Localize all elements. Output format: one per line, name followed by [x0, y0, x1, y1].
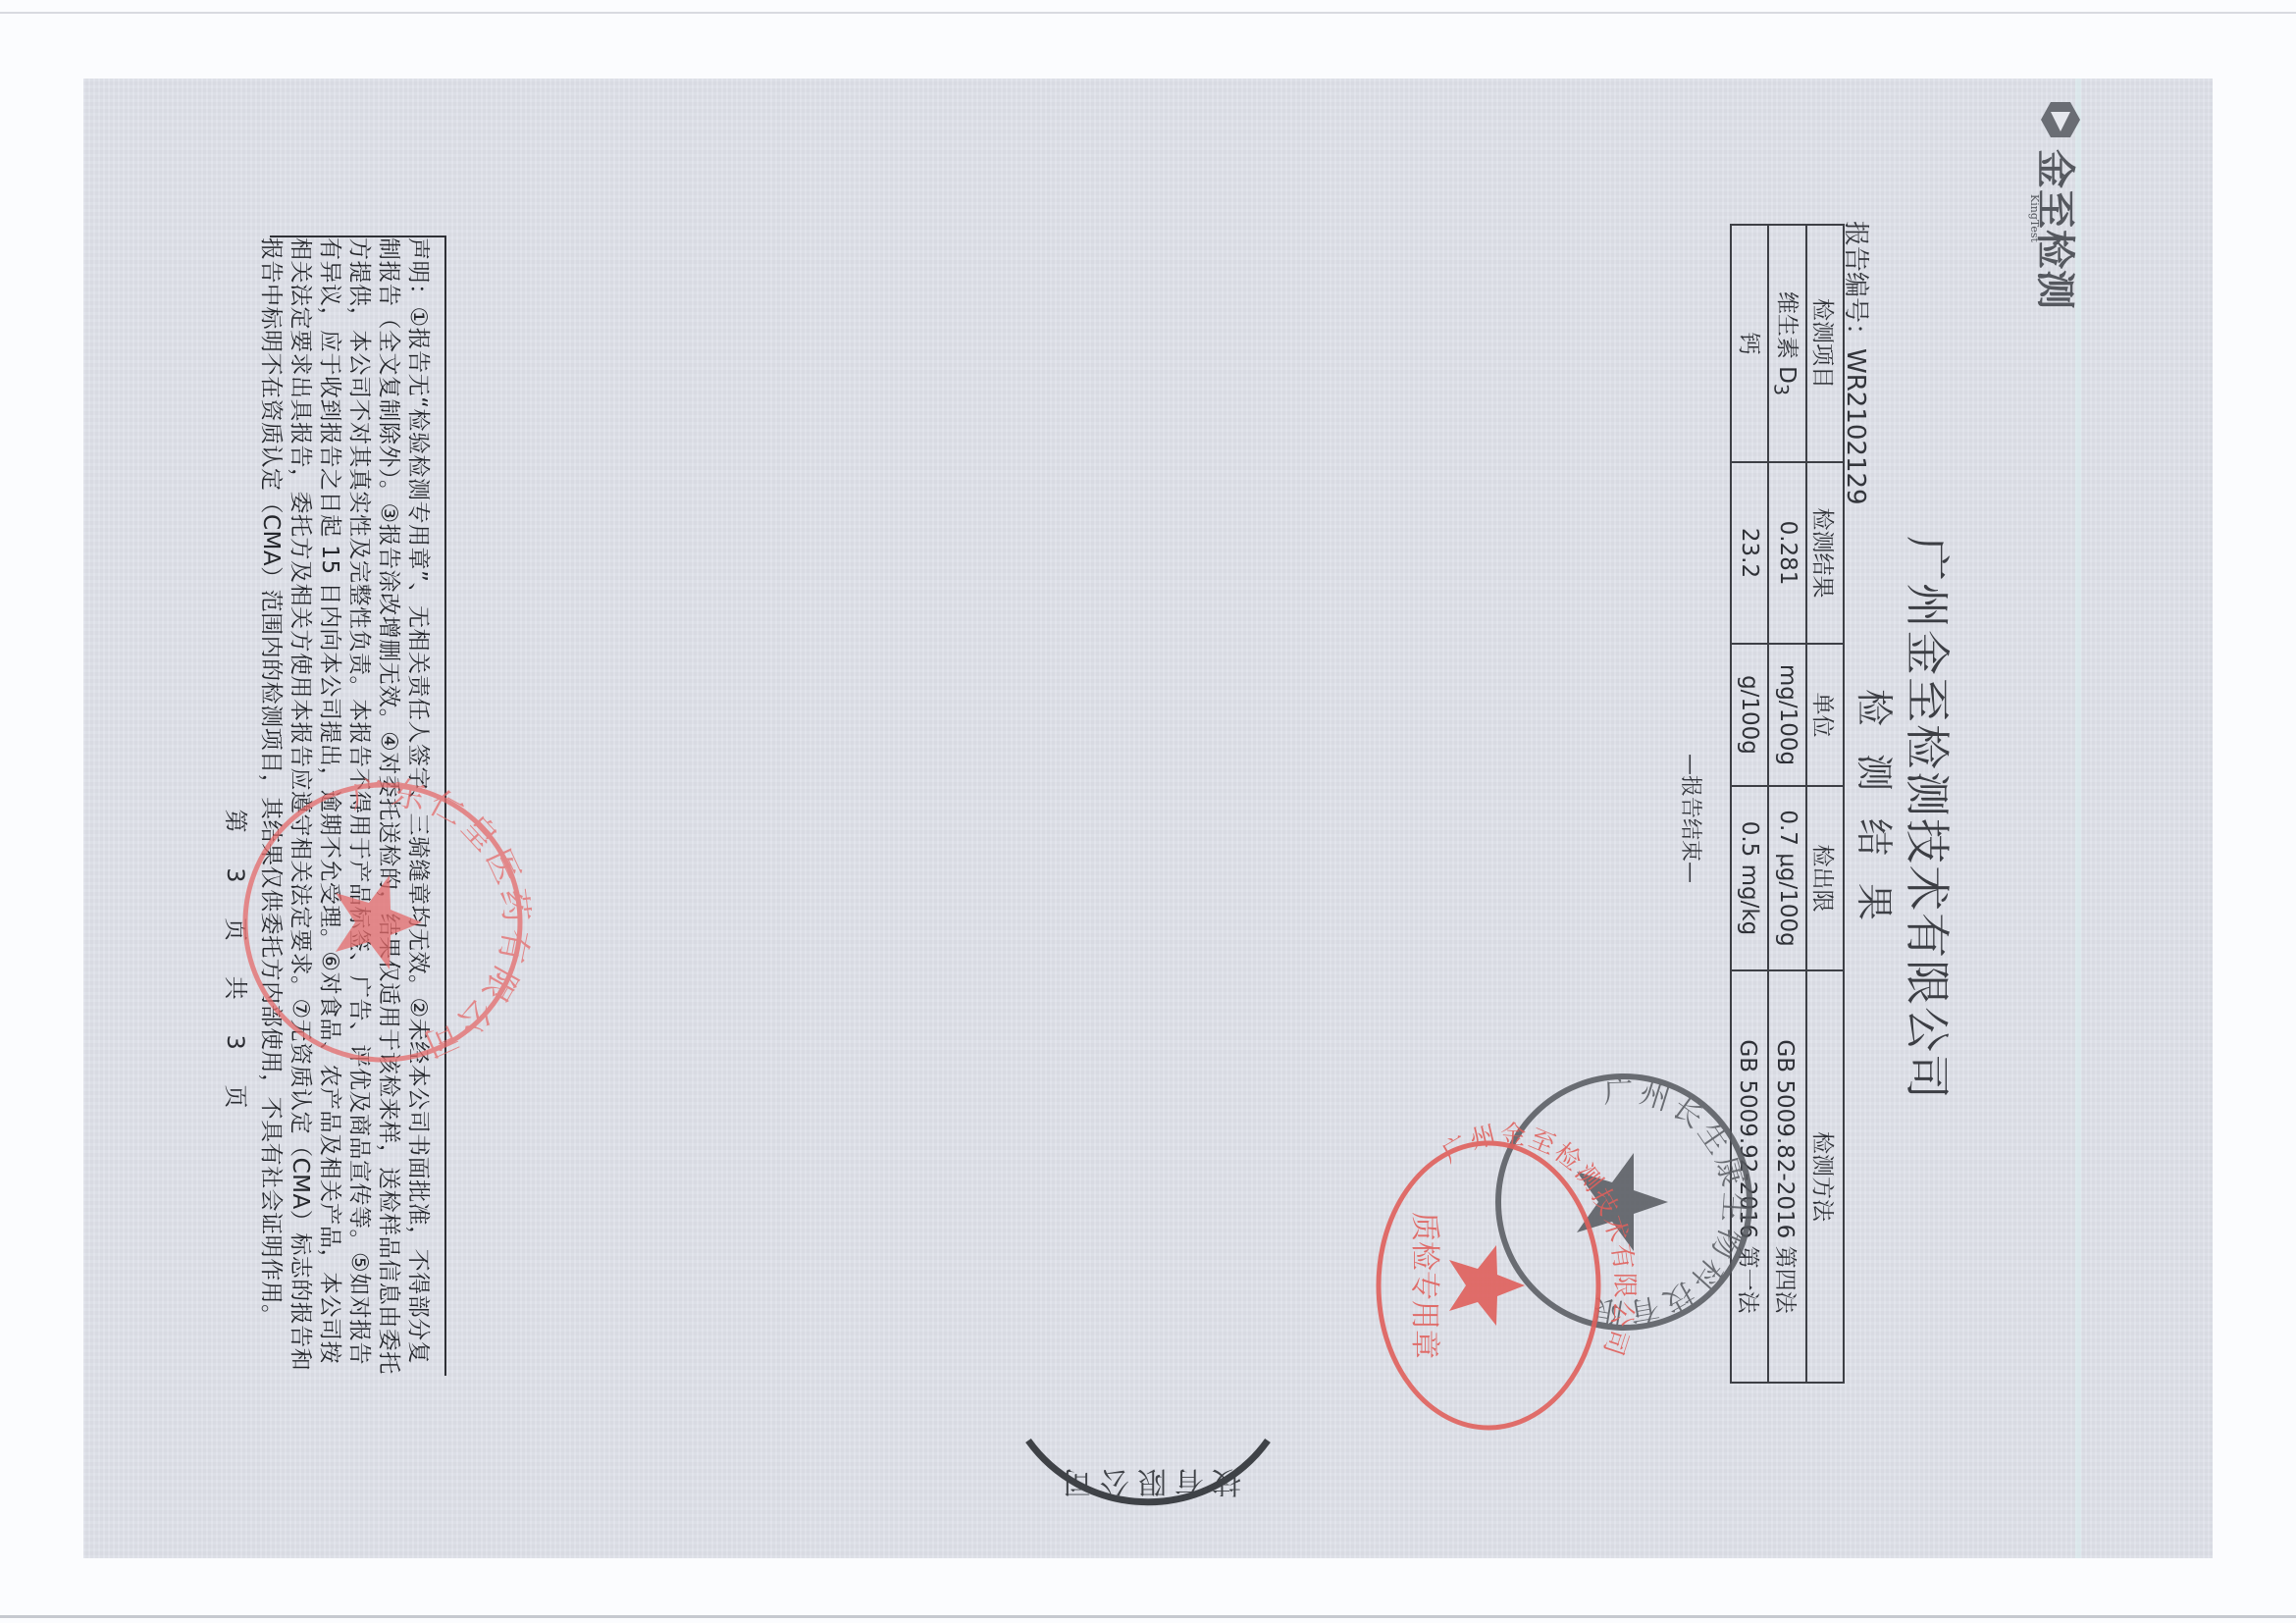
column-header: 检测项目	[1806, 225, 1844, 462]
cell-item: 钙	[1731, 225, 1769, 462]
table-row: 维生素 D3 0.281 mg/100g 0.7 μg/100g GB 5009…	[1768, 225, 1806, 1383]
company-title: 广州金至检测技术有限公司	[1898, 79, 1962, 1558]
test-lab-seal: 广州金至检测技术有限公司 质检专用章	[1369, 1133, 1609, 1438]
report-number-value: WR2102129	[1841, 348, 1870, 505]
column-header: 检测方法	[1806, 970, 1844, 1383]
scan-edge-bottom	[0, 1615, 2296, 1618]
report-number-label: 报告编号：	[1841, 221, 1870, 348]
cell-result: 23.2	[1731, 462, 1769, 644]
cell-unit: g/100g	[1731, 644, 1769, 786]
cell-method: GB 5009.82-2016 第四法	[1768, 970, 1806, 1383]
company-logo: 金至检测 KingTest	[2021, 98, 2090, 334]
hexagon-triangle-logo-icon	[2039, 98, 2082, 141]
cell-item: 维生素 D3	[1768, 225, 1806, 462]
cell-result: 0.281	[1768, 462, 1806, 644]
column-header: 检测结果	[1806, 462, 1844, 644]
cell-limit: 0.5 mg/kg	[1731, 786, 1769, 970]
left-red-seal: 广东仁皇医药有限公司	[226, 775, 540, 1070]
seal-caption: 质检专用章	[1407, 1212, 1441, 1359]
svg-text:技有限公司: 技有限公司	[1055, 1464, 1241, 1498]
logo-subtitle: KingTest	[2028, 194, 2041, 242]
partial-seal: 技有限公司	[1020, 1438, 1276, 1536]
star-icon	[1449, 1245, 1525, 1326]
star-icon	[336, 875, 422, 969]
svg-text:广州金至检测技术有限公司: 广州金至检测技术有限公司	[1437, 1120, 1639, 1360]
table-header-row: 检测项目 检测结果 单位 检出限 检测方法	[1806, 225, 1844, 1383]
column-header: 检出限	[1806, 786, 1844, 970]
cell-unit: mg/100g	[1768, 644, 1806, 786]
cell-limit: 0.7 μg/100g	[1768, 786, 1806, 970]
scan-edge-top	[0, 12, 2296, 14]
report-number: 报告编号：WR2102129	[1840, 221, 1876, 505]
column-header: 单位	[1806, 644, 1844, 786]
